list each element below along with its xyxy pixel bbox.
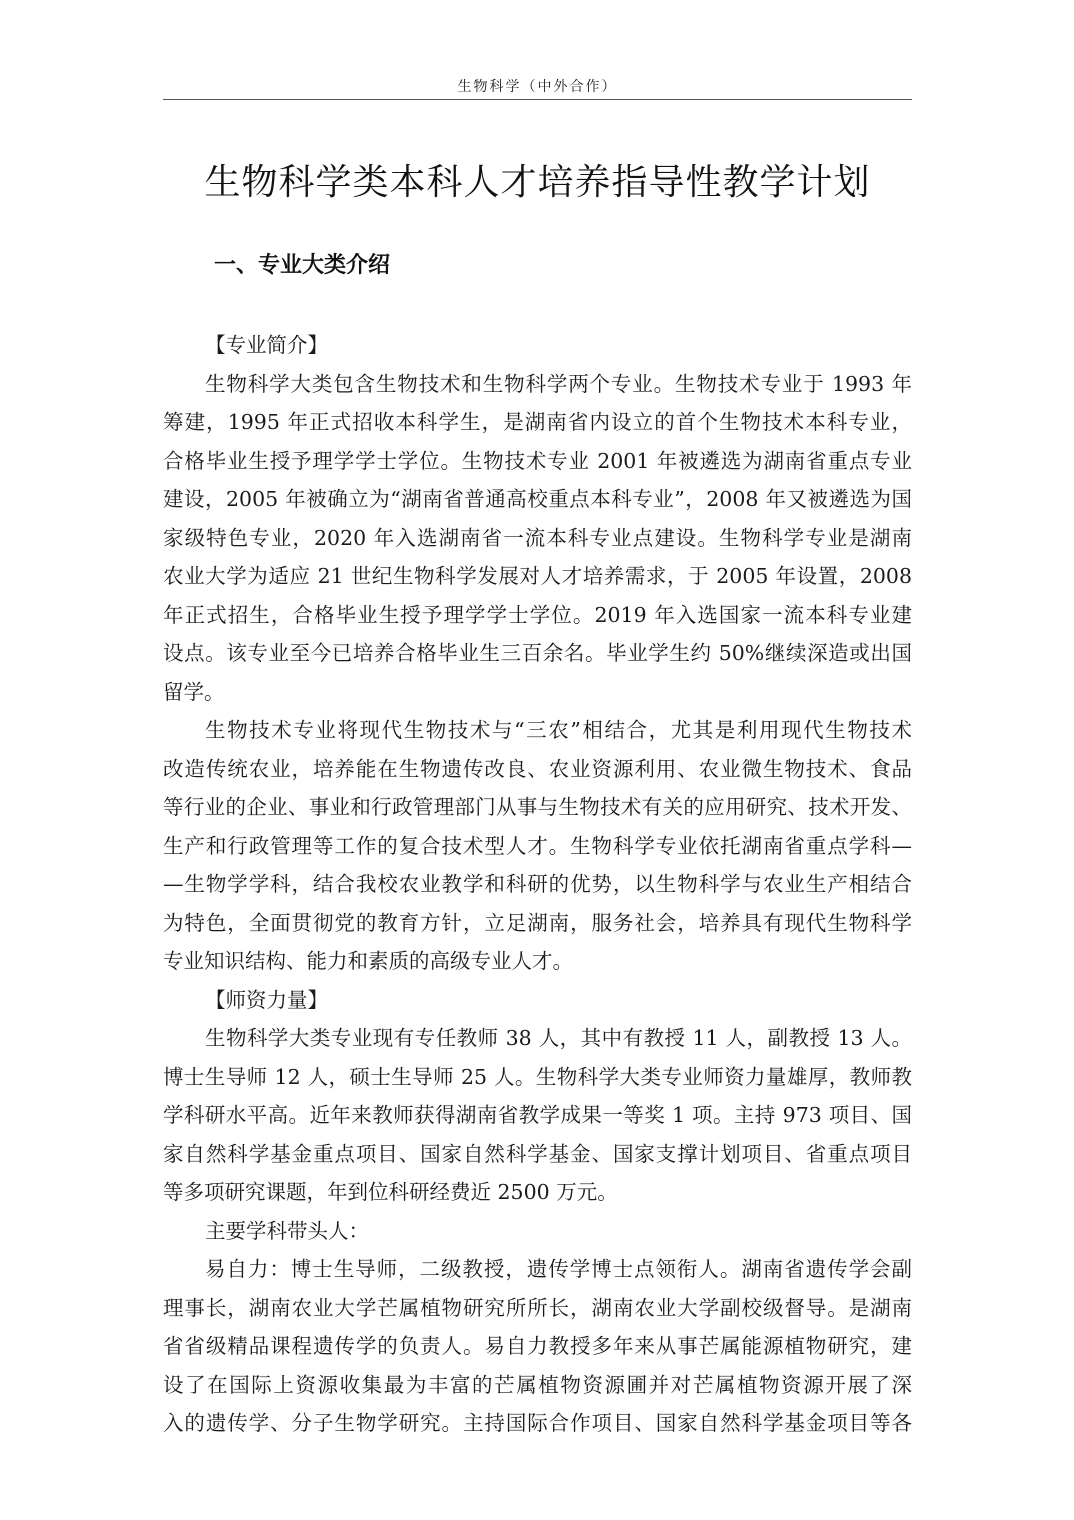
text-line: 改造传统农业，培养能在生物遗传改良、农业资源利用、农业微生物技术、食品 bbox=[163, 750, 912, 789]
text-line: 建设，2005 年被确立为“湖南省普通高校重点本科专业”，2008 年又被遴选为… bbox=[163, 480, 912, 519]
text-line: 生物科学大类专业现有专任教师 38 人，其中有教授 11 人，副教授 13 人。 bbox=[163, 1019, 912, 1058]
document-title: 生物科学类本科人才培养指导性教学计划 bbox=[163, 154, 912, 205]
text-line: 留学。 bbox=[163, 673, 912, 712]
text-line: 专业知识结构、能力和素质的高级专业人才。 bbox=[163, 942, 912, 981]
text-line: —生物学学科，结合我校农业教学和科研的优势，以生物科学与农业生产相结合 bbox=[163, 865, 912, 904]
text-line: 生物技术专业将现代生物技术与“三农”相结合，尤其是利用现代生物技术 bbox=[163, 711, 912, 750]
text-line: 合格毕业生授予理学学士学位。生物技术专业 2001 年被遴选为湖南省重点专业 bbox=[163, 442, 912, 481]
running-header: 生物科学（中外合作） bbox=[163, 76, 912, 96]
section-label: 【专业简介】 bbox=[163, 326, 912, 365]
section-label: 【师资力量】 bbox=[163, 981, 912, 1020]
text-line: 农业大学为适应 21 世纪生物科学发展对人才培养需求，于 2005 年设置，20… bbox=[163, 557, 912, 596]
text-line: 家自然科学基金重点项目、国家自然科学基金、国家支撑计划项目、省重点项目 bbox=[163, 1135, 912, 1174]
document-body: 【专业简介】生物科学大类包含生物技术和生物科学两个专业。生物技术专业于 1993… bbox=[163, 326, 912, 1443]
text-line: 等行业的企业、事业和行政管理部门从事与生物技术有关的应用研究、技术开发、 bbox=[163, 788, 912, 827]
text-line: 易自力：博士生导师，二级教授，遗传学博士点领衔人。湖南省遗传学会副 bbox=[163, 1250, 912, 1289]
paragraph: 生物科学大类包含生物技术和生物科学两个专业。生物技术专业于 1993 年筹建，1… bbox=[163, 365, 912, 712]
paragraph: 生物技术专业将现代生物技术与“三农”相结合，尤其是利用现代生物技术改造传统农业，… bbox=[163, 711, 912, 981]
text-line: 生物科学大类包含生物技术和生物科学两个专业。生物技术专业于 1993 年 bbox=[163, 365, 912, 404]
text-line: 设了在国际上资源收集最为丰富的芒属植物资源圃并对芒属植物资源开展了深 bbox=[163, 1366, 912, 1405]
text-line: 主要学科带头人： bbox=[163, 1212, 912, 1251]
text-line: 筹建，1995 年正式招收本科学生，是湖南省内设立的首个生物技术本科专业， bbox=[163, 403, 912, 442]
text-line: 【专业简介】 bbox=[163, 326, 912, 365]
text-line: 家级特色专业，2020 年入选湖南省一流本科专业点建设。生物科学专业是湖南 bbox=[163, 519, 912, 558]
section-label: 主要学科带头人： bbox=[163, 1212, 912, 1251]
text-line: 省省级精品课程遗传学的负责人。易自力教授多年来从事芒属能源植物研究，建 bbox=[163, 1327, 912, 1366]
text-line: 年正式招生，合格毕业生授予理学学士学位。2019 年入选国家一流本科专业建 bbox=[163, 596, 912, 635]
text-line: 理事长，湖南农业大学芒属植物研究所所长，湖南农业大学副校级督导。是湖南 bbox=[163, 1289, 912, 1328]
paragraph: 易自力：博士生导师，二级教授，遗传学博士点领衔人。湖南省遗传学会副理事长，湖南农… bbox=[163, 1250, 912, 1443]
text-line: 等多项研究课题，年到位科研经费近 2500 万元。 bbox=[163, 1173, 912, 1212]
text-line: 生产和行政管理等工作的复合技术型人才。生物科学专业依托湖南省重点学科— bbox=[163, 827, 912, 866]
header-rule bbox=[163, 99, 912, 100]
text-line: 【师资力量】 bbox=[163, 981, 912, 1020]
text-line: 为特色，全面贯彻党的教育方针，立足湖南，服务社会，培养具有现代生物科学 bbox=[163, 904, 912, 943]
section-heading: 一、专业大类介绍 bbox=[214, 248, 390, 279]
text-line: 设点。该专业至今已培养合格毕业生三百余名。毕业学生约 50%继续深造或出国 bbox=[163, 634, 912, 673]
text-line: 入的遗传学、分子生物学研究。主持国际合作项目、国家自然科学基金项目等各 bbox=[163, 1404, 912, 1443]
text-line: 博士生导师 12 人，硕士生导师 25 人。生物科学大类专业师资力量雄厚，教师教 bbox=[163, 1058, 912, 1097]
paragraph: 生物科学大类专业现有专任教师 38 人，其中有教授 11 人，副教授 13 人。… bbox=[163, 1019, 912, 1212]
text-line: 学科研水平高。近年来教师获得湖南省教学成果一等奖 1 项。主持 973 项目、国 bbox=[163, 1096, 912, 1135]
document-page: 生物科学（中外合作） 生物科学类本科人才培养指导性教学计划 一、专业大类介绍 【… bbox=[0, 0, 1074, 1520]
